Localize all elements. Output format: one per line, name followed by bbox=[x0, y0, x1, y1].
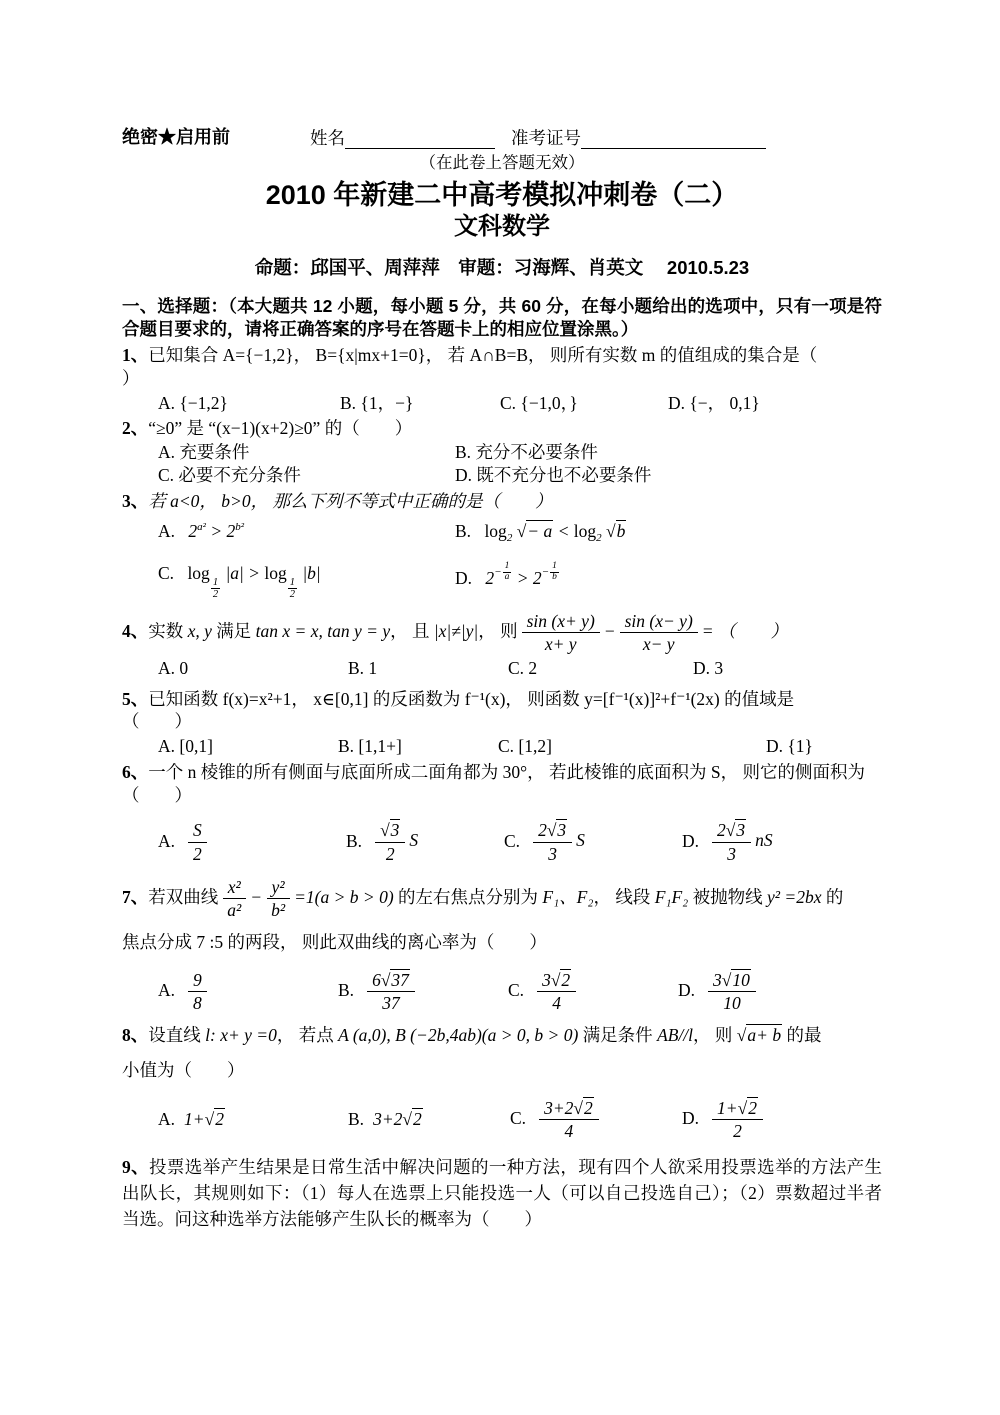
exam-paper: 绝密★启用前 姓名 准考证号 （在此卷上答题无效） 2010 年新建二中高考模拟… bbox=[0, 0, 1000, 1233]
q7-options: A.98 B.6√3737 C.3√24 D.3√1010 bbox=[122, 970, 882, 1014]
q4-fraction-1: sin (x+ y)x+ y bbox=[522, 611, 600, 655]
q5-option-a: A. [0,1] bbox=[158, 735, 338, 758]
question-6: 6、一个 n 棱锥的所有侧面与底面所成二面角都为 30°， 若此棱锥的底面积为 … bbox=[122, 761, 882, 865]
section-1-instructions: 一、选择题：（本大题共 12 小题，每小题 5 分，共 60 分，在每小题给出的… bbox=[122, 295, 882, 341]
q8-options: A.1+√2 B.3+2√2 C.3+2√24 D.1+√22 bbox=[122, 1098, 882, 1142]
q7-a-fraction: 98 bbox=[188, 970, 207, 1014]
q3-option-a: A. 2a² > 2b² bbox=[158, 520, 455, 545]
q7-option-b: B.6√3737 bbox=[338, 970, 508, 1014]
q5-option-b: B. [1,1+] bbox=[338, 735, 498, 758]
sqrt-sign: √ bbox=[551, 970, 561, 990]
sqrt-sign: √ bbox=[726, 820, 736, 840]
id-label: 准考证号 bbox=[511, 127, 581, 150]
q6-d-fraction: 2√33 bbox=[712, 820, 751, 864]
q5-option-c: C. [1,2] bbox=[498, 735, 766, 758]
q3-option-c: C. log12 |a| > log12 |b| bbox=[158, 562, 455, 601]
sqrt-sign: √ bbox=[517, 521, 527, 541]
q7-b-fraction: 6√3737 bbox=[367, 970, 415, 1014]
q2-option-a: A. 充要条件 bbox=[158, 441, 455, 464]
sqrt-sign: √ bbox=[606, 521, 616, 541]
q8-text: 8、设直线 l: x+ y =0， 若点 A (a,0), B (−2b,4ab… bbox=[122, 1024, 882, 1047]
q3-c-formula: log12 |a| > log12 |b| bbox=[187, 563, 320, 583]
q7-fraction-2: y²b² bbox=[266, 877, 290, 921]
id-blank-line bbox=[581, 131, 766, 149]
q6-options: A.S2 B.√32S C.2√33S D.2√33nS bbox=[122, 820, 882, 864]
byline: 命题：邱国平、周萍萍 审题：习海辉、肖英文 2010.5.23 bbox=[122, 256, 882, 280]
q8-option-d: D.1+√22 bbox=[682, 1098, 882, 1142]
q1-option-a: A. {−1,2} bbox=[158, 392, 340, 415]
q3-d-formula: 2−1a > 2−1b bbox=[485, 568, 559, 588]
question-7: 7、若双曲线x²a²−y²b²=1(a > b > 0) 的左右焦点分别为 F₁… bbox=[122, 877, 882, 1014]
q3-option-b: B. log2 √− a < log2 √b bbox=[455, 520, 882, 545]
q4-option-b: B. 1 bbox=[348, 657, 508, 680]
q6-option-a: A.S2 bbox=[158, 820, 346, 864]
q5-text-cont: （ ） bbox=[122, 710, 882, 733]
q3-b-formula: log2 √− a < log2 √b bbox=[484, 521, 626, 541]
q2-option-c: C. 必要不充分条件 bbox=[158, 464, 455, 487]
sqrt-sign: √ bbox=[381, 970, 391, 990]
q8-c-fraction: 3+2√24 bbox=[539, 1098, 599, 1142]
name-label: 姓名 bbox=[310, 127, 345, 150]
q7-c-fraction: 3√24 bbox=[537, 970, 576, 1014]
q6-a-fraction: S2 bbox=[188, 820, 207, 864]
sqrt-sign: √ bbox=[573, 1098, 583, 1118]
sqrt-sign: √ bbox=[380, 820, 390, 840]
question-1: 1、已知集合 A={−1,2}， B={x|mx+1=0}， 若 A∩B=B， … bbox=[122, 344, 882, 414]
q4-option-d: D. 3 bbox=[693, 657, 882, 680]
q2-text: 2、“≥0” 是 “(x−1)(x+2)≥0” 的（ ） bbox=[122, 417, 882, 440]
q3-text: 3、若 a<0， b>0， 那么下列不等式中正确的是（ ） bbox=[122, 490, 882, 513]
q4-fraction-2: sin (x− y)x− y bbox=[620, 611, 698, 655]
q3-options: A. 2a² > 2b² B. log2 √− a < log2 √b C. l… bbox=[122, 520, 882, 600]
q1-text-cont: ） bbox=[122, 367, 882, 390]
q7-option-a: A.98 bbox=[158, 970, 338, 1014]
q9-text: 投票选举产生结果是日常生活中解决问题的一种方法，现有四个人欲采用投票选举的方法产… bbox=[122, 1157, 882, 1230]
question-2: 2、“≥0” 是 “(x−1)(x+2)≥0” 的（ ） A. 充要条件 B. … bbox=[122, 417, 882, 486]
name-blank-line bbox=[345, 131, 495, 149]
sqrt-sign: √ bbox=[738, 1098, 748, 1118]
q6-b-fraction: √32 bbox=[375, 820, 405, 864]
q8-d-fraction: 1+√22 bbox=[712, 1098, 763, 1142]
q2-option-b: B. 充分不必要条件 bbox=[455, 441, 882, 464]
sqrt-sign: √ bbox=[205, 1109, 215, 1129]
q4-options: A. 0 B. 1 C. 2 D. 3 bbox=[122, 657, 882, 680]
q1-text: 1、已知集合 A={−1,2}， B={x|mx+1=0}， 若 A∩B=B， … bbox=[122, 344, 882, 367]
q6-option-d: D.2√33nS bbox=[682, 820, 882, 864]
q1-option-b: B. {1，−} bbox=[340, 392, 500, 415]
q1-option-d: D. {−， 0,1} bbox=[668, 392, 882, 415]
q7-text-line2: 焦点分成 7 :5 的两段， 则此双曲线的离心率为（ ） bbox=[122, 931, 882, 954]
question-5: 5、已知函数 f(x)=x²+1， x∈[0,1] 的反函数为 f⁻¹(x)， … bbox=[122, 688, 882, 758]
question-8: 8、设直线 l: x+ y =0， 若点 A (a,0), B (−2b,4ab… bbox=[122, 1024, 882, 1142]
sqrt-sign: √ bbox=[402, 1109, 412, 1129]
q7-option-c: C.3√24 bbox=[508, 970, 678, 1014]
q5-text: 5、已知函数 f(x)=x²+1， x∈[0,1] 的反函数为 f⁻¹(x)， … bbox=[122, 688, 882, 711]
q8-option-c: C.3+2√24 bbox=[510, 1098, 682, 1142]
paper-title: 2010 年新建二中高考模拟冲刺卷（二） bbox=[122, 179, 882, 212]
q6-option-c: C.2√33S bbox=[504, 820, 682, 864]
sqrt-sign: √ bbox=[737, 1025, 747, 1045]
sqrt-sign: √ bbox=[547, 820, 557, 840]
paper-subtitle: 文科数学 bbox=[122, 212, 882, 241]
q7-option-d: D.3√1010 bbox=[678, 970, 882, 1014]
q2-options: A. 充要条件 B. 充分不必要条件 C. 必要不充分条件 D. 既不充分也不必… bbox=[122, 441, 882, 487]
q8-option-b: B.3+2√2 bbox=[348, 1108, 510, 1131]
question-3: 3、若 a<0， b>0， 那么下列不等式中正确的是（ ） A. 2a² > 2… bbox=[122, 490, 882, 601]
question-4: 4、实数 x, y 满足 tan x = x, tan y = y， 且 |x|… bbox=[122, 611, 882, 680]
sqrt-sign: √ bbox=[722, 970, 732, 990]
q6-text: 6、一个 n 棱锥的所有侧面与底面所成二面角都为 30°， 若此棱锥的底面积为 … bbox=[122, 761, 882, 784]
q3-a-formula: 2a² > 2b² bbox=[188, 521, 244, 541]
q8-text-line2: 小值为（ ） bbox=[122, 1059, 882, 1082]
q7-d-fraction: 3√1010 bbox=[708, 970, 756, 1014]
q7-text: 7、若双曲线x²a²−y²b²=1(a > b > 0) 的左右焦点分别为 F₁… bbox=[122, 877, 882, 921]
q4-option-c: C. 2 bbox=[508, 657, 693, 680]
q1-option-c: C. {−1,0，} bbox=[500, 392, 668, 415]
q8-radical: √a+ b bbox=[737, 1024, 782, 1045]
q5-option-d: D. {1} bbox=[766, 735, 882, 758]
security-label: 绝密★启用前 bbox=[122, 126, 230, 149]
q4-text: 4、实数 x, y 满足 tan x = x, tan y = y， 且 |x|… bbox=[122, 611, 882, 655]
header: 绝密★启用前 姓名 准考证号 bbox=[122, 126, 882, 149]
q6-option-b: B.√32S bbox=[346, 820, 504, 864]
q8-option-a: A.1+√2 bbox=[158, 1108, 348, 1131]
q7-fraction-1: x²a² bbox=[222, 877, 246, 921]
q5-options: A. [0,1] B. [1,1+] C. [1,2] D. {1} bbox=[122, 735, 882, 758]
q2-option-d: D. 既不充分也不必要条件 bbox=[455, 464, 882, 487]
q6-text-cont: （ ） bbox=[122, 784, 882, 807]
invalid-note: （在此卷上答题无效） bbox=[122, 152, 882, 173]
q1-options: A. {−1,2} B. {1，−} C. {−1,0，} D. {−， 0,1… bbox=[122, 392, 882, 415]
q4-option-a: A. 0 bbox=[158, 657, 348, 680]
q6-c-fraction: 2√33 bbox=[533, 820, 572, 864]
question-9: 9、投票选举产生结果是日常生活中解决问题的一种方法，现有四个人欲采用投票选举的方… bbox=[122, 1154, 882, 1233]
q3-option-d: D. 2−1a > 2−1b bbox=[455, 562, 882, 601]
